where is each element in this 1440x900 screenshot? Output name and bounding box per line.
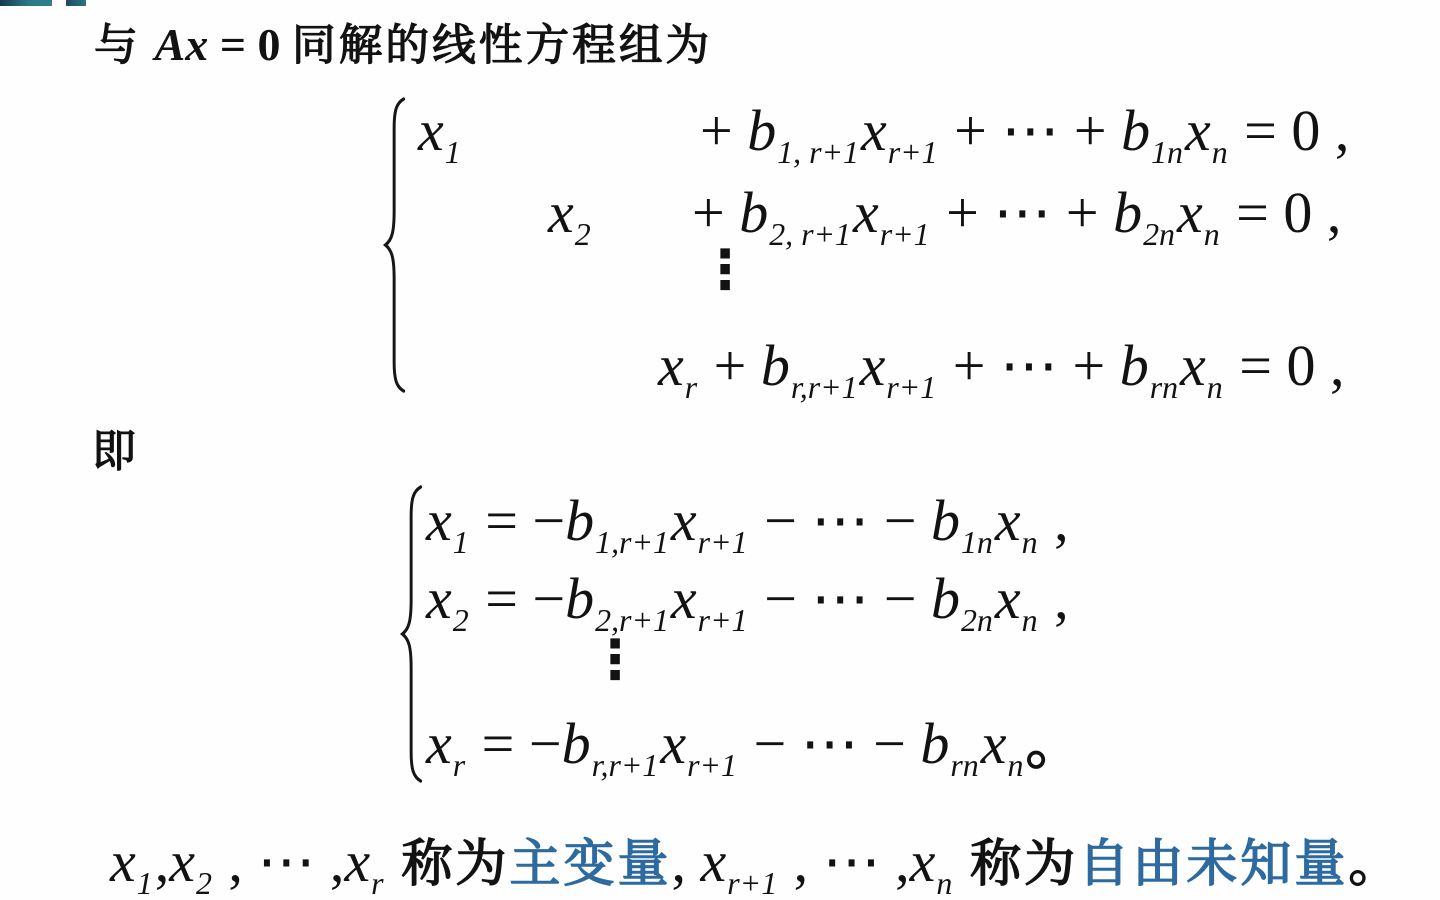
lecture-slide: 与 Ax = 0 同解的线性方程组为 x1 + b1, r+1xr+1 + ⋯ … xyxy=(0,0,1440,900)
top-left-bar-small xyxy=(66,0,86,6)
top-left-bar-large xyxy=(0,0,52,6)
equation2-row2: x2 = −b2,r+1xr+1 − ⋯ − b2nxn , xyxy=(426,566,1069,639)
equation1-row3: xr + br,r+1xr+1 + ⋯ + brnxn = 0 , xyxy=(658,333,1344,406)
vertical-ellipsis: ⋮ xyxy=(698,243,752,297)
slide-title: 与 Ax = 0 同解的线性方程组为 xyxy=(94,20,712,71)
equation2-row1: x1 = −b1,r+1xr+1 − ⋯ − b1nxn , xyxy=(426,488,1069,561)
equation1-row1-lead: x1 xyxy=(418,98,463,171)
equation2-row3: xr = −br,r+1xr+1 − ⋯ − brnxn。 xyxy=(426,711,1086,784)
equation1-row2-terms: + b2, r+1xr+1 + ⋯ + b2nxn = 0 , xyxy=(692,180,1341,253)
equation1-row2-lead: x2 xyxy=(548,180,593,253)
curly-brace-icon xyxy=(382,96,408,394)
variables-terminology-note: x1,x2 , ⋯ ,xr 称为主变量, xr+1 , ⋯ ,xn 称为自由未知… xyxy=(110,830,1402,900)
vertical-ellipsis: ⋮ xyxy=(588,633,642,687)
curly-brace-icon xyxy=(399,484,425,784)
equation1-row1-terms: + b1, r+1xr+1 + ⋯ + b1nxn = 0 , xyxy=(700,98,1349,171)
that-is-label: 即 xyxy=(92,415,139,479)
